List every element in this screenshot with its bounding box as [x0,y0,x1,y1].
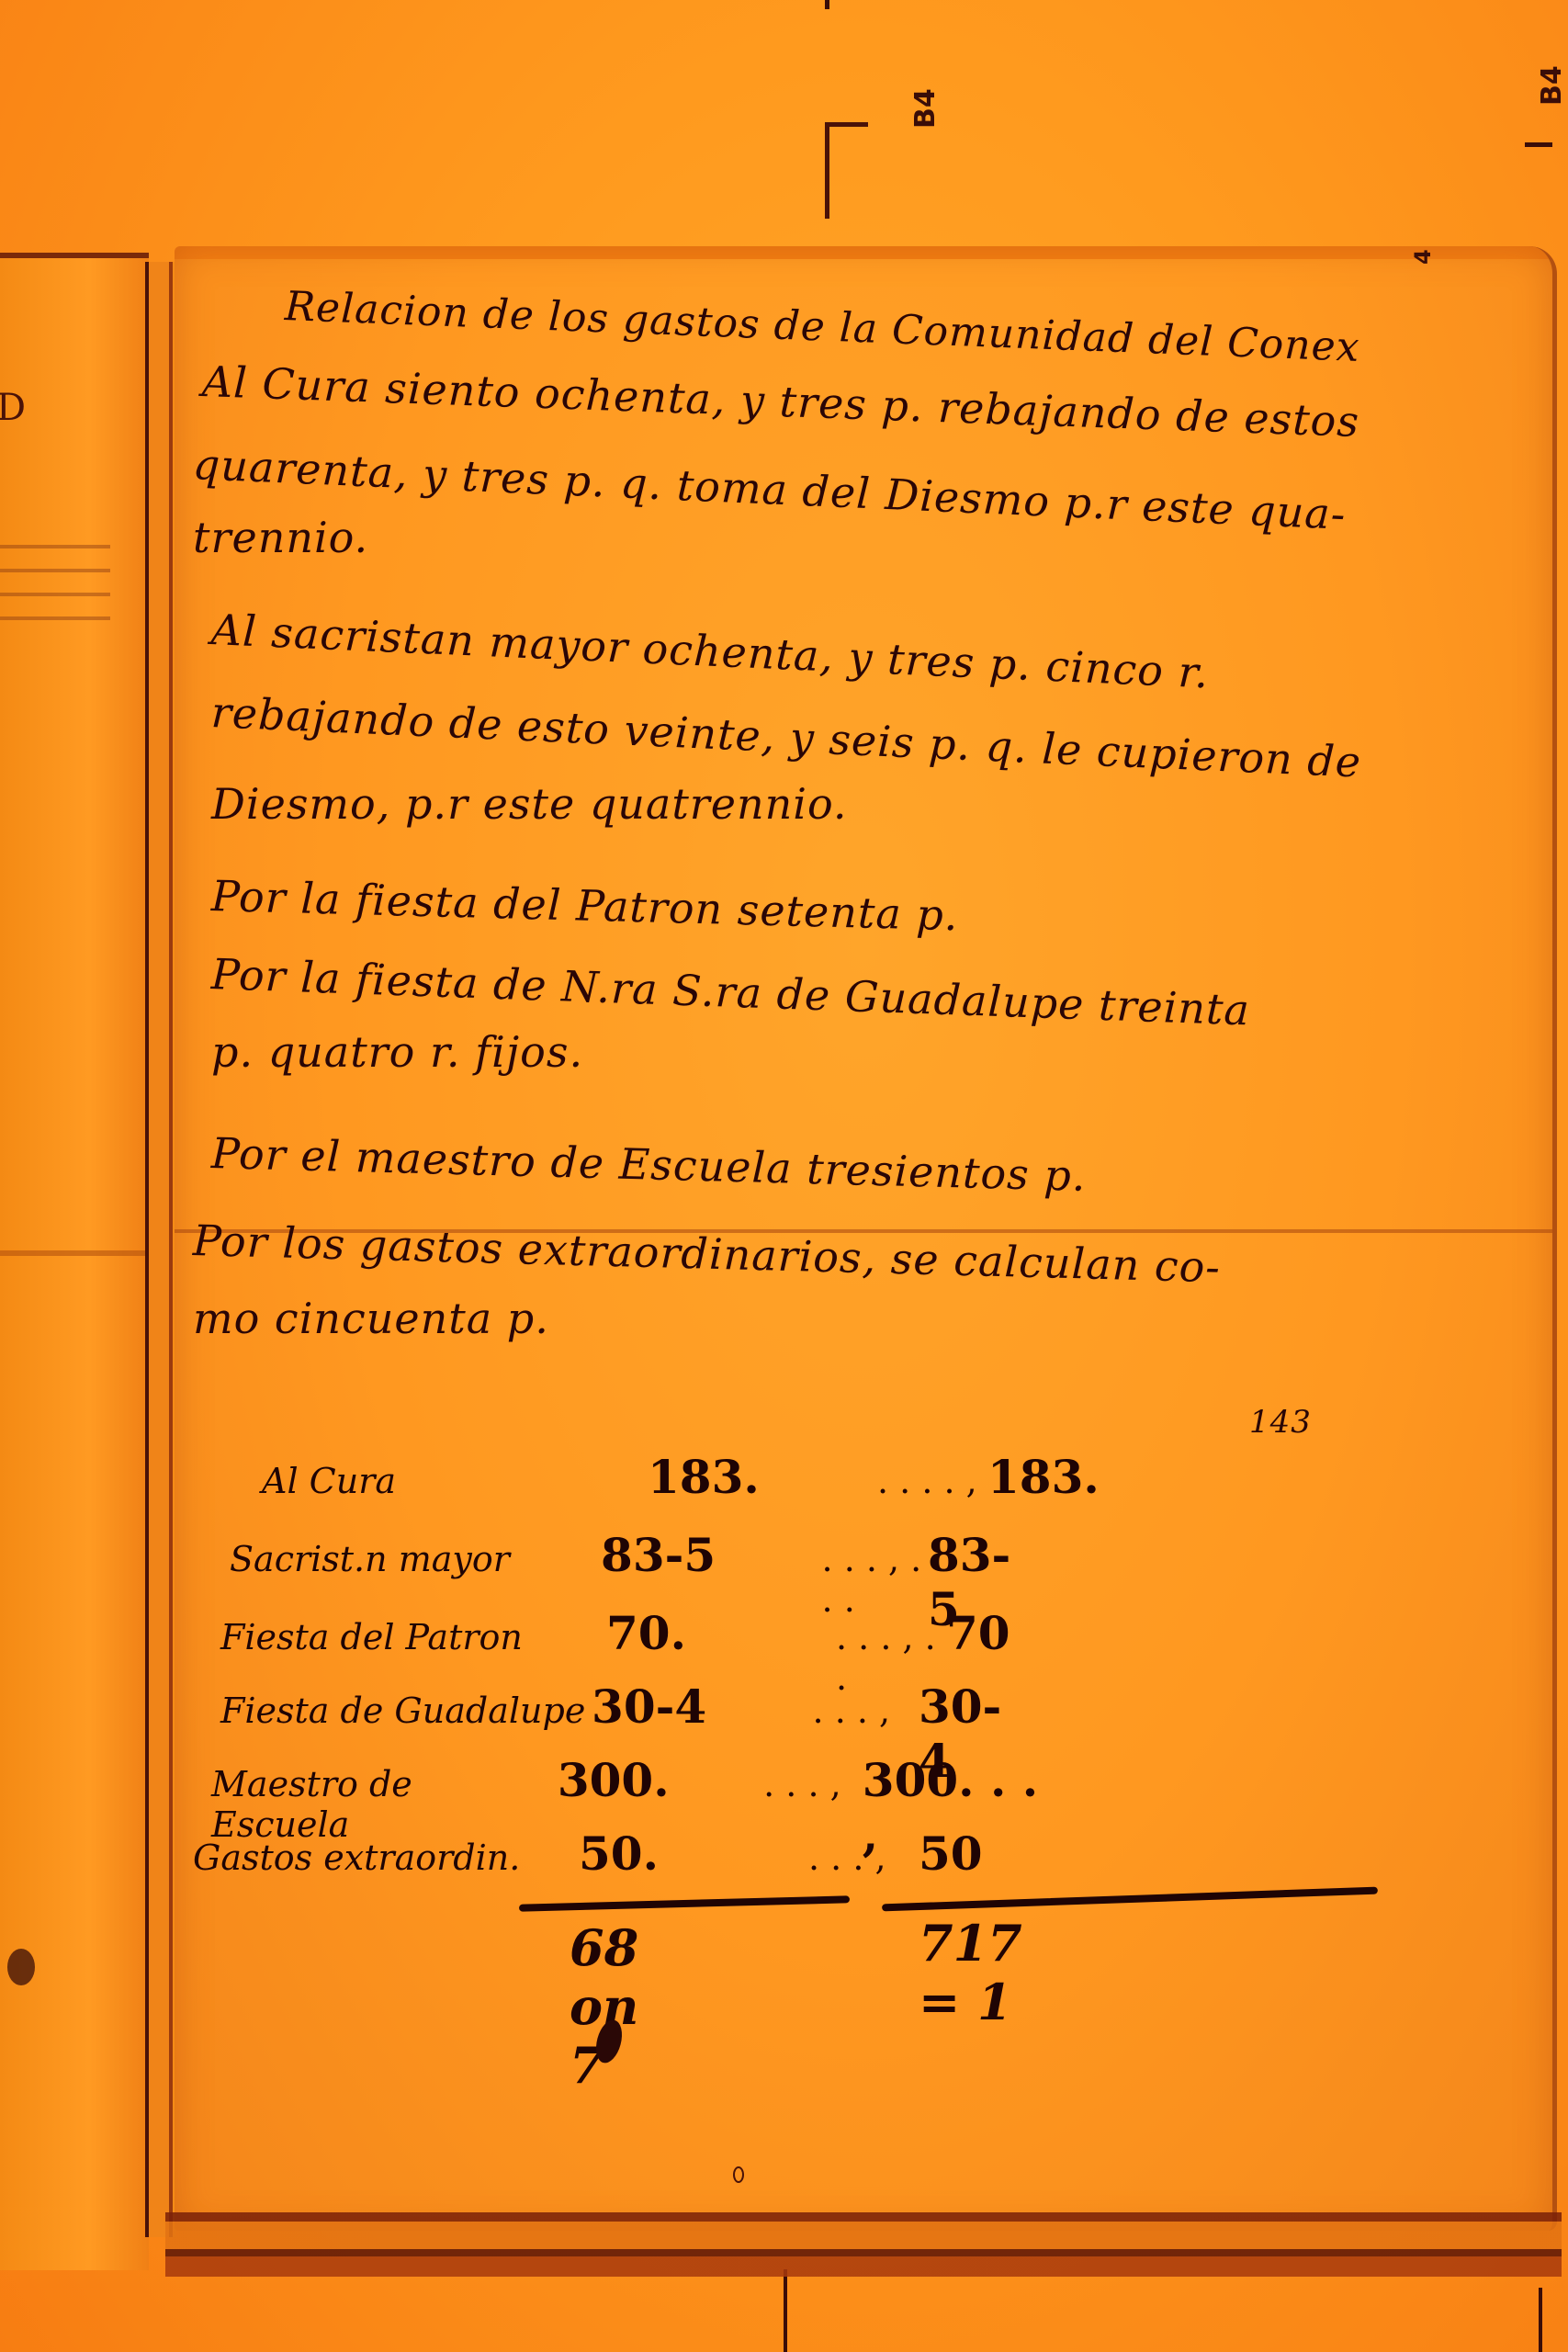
ledger-dots: . . . , [763,1764,863,1804]
sum-rule-left [519,1895,850,1911]
text-line-1: Al Cura siento ochenta, y tres p. rebaja… [201,356,1360,447]
text-line-9: p. quatro r. fijos. [211,1027,583,1077]
total-right: 717 = 1 [919,1914,1022,2031]
binding-gutter [145,262,176,2237]
crop-line-bottom-center [784,2269,787,2352]
ledger-amount: 70. [606,1606,836,1660]
ledger-label: Fiesta del Patron [220,1617,606,1657]
crop-line-top [825,0,829,9]
ledger-dots: . . . . , [877,1461,987,1501]
faint-letter: D [0,387,26,429]
page-corner-mark: 4 [1410,249,1436,265]
ledger-carried: 70 [946,1606,1010,1660]
ledger-label: Gastos extraordin. [193,1837,579,1878]
crop-mark-left [825,122,868,219]
faint-text-lines [0,525,110,640]
text-line-3: trennio. [193,513,368,562]
ledger-dots: . . . , [813,1690,919,1731]
archive-marker-right: B4 [1536,65,1568,106]
text-line-6: Diesmo, p.r este quatrennio. [211,779,847,829]
archive-marker-left: B4 [909,88,942,129]
page-bottom-edge [165,2212,1562,2277]
ledger-carried: 183. [987,1450,1100,1504]
ledger-label: Sacrist.n mayor [230,1539,601,1579]
text-line-12: mo cincuenta p. [193,1294,549,1343]
document-title: Relacion de los gastos de la Comunidad d… [284,283,1360,371]
ledger-amount: 83-5 [601,1528,822,1582]
ledger-amount: 50. [579,1826,808,1881]
text-line-10: Por el maestro de Escuela tresientos p. [210,1128,1087,1201]
page-fold [0,1250,149,1256]
text-line-5: rebajando de esto veinte, y seis p. q. l… [210,687,1362,787]
ledger-dots: . . . , [808,1837,919,1878]
total-left: 68 on 7 [570,1918,638,2095]
text-line-4: Al sacristan mayor ochenta, y tres p. ci… [210,605,1211,697]
ledger-row: Gastos extraordin. 50. . . . , 50 [193,1826,983,1881]
ledger-amount: 30-4 [592,1679,813,1734]
ledger-carried: 50 [919,1826,983,1881]
facing-page-left: D [0,253,149,2270]
ledger-label: Fiesta de Guadalupe [220,1690,592,1731]
text-line-11: Por los gastos extraordinarios, se calcu… [192,1216,1221,1292]
text-line-8: Por la fiesta de N.ra S.ra de Guadalupe … [210,949,1251,1035]
sum-rule-right [882,1887,1378,1912]
text-line-7: Por la fiesta del Patron setenta p. [210,871,959,940]
crop-line-bottom-right [1539,2288,1542,2352]
ledger-amount: 183. [648,1450,877,1504]
page-number: 143 [1249,1404,1312,1441]
ink-blot [7,1949,35,1985]
ink-mark-circle [733,2166,744,2183]
manuscript-page: 4 Relacion de los gastos de la Comunidad… [175,246,1557,2231]
ledger-row: Al Cura 183. . . . . , 183. [262,1450,1100,1504]
crop-mark-right [1525,142,1552,147]
ledger-amount: 300. [558,1753,763,1807]
ledger-label: Al Cura [262,1461,648,1501]
